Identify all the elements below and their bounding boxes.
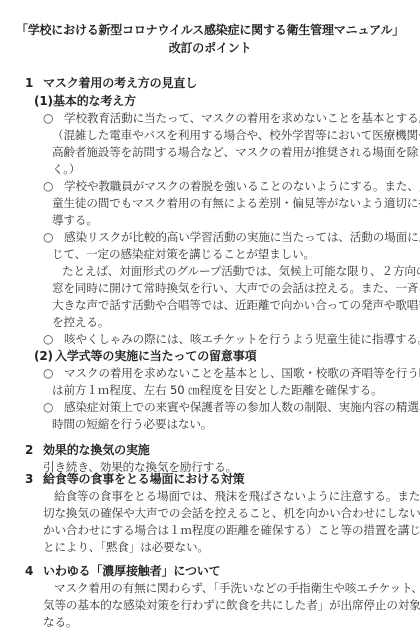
bullet-line: 童生徒の間でもマスク着用の有無による差別・偏見等がないよう適切に指 <box>52 195 394 211</box>
bullet-line: 感染症対策上での来賓や保護者等の参加人数の制限、実施内容の精選、 <box>64 399 394 415</box>
bullet-marker: ○ <box>43 110 53 126</box>
bullet-line: じて、一定の感染症対策を講じることが望ましい。 <box>52 246 315 262</box>
section-2-heading: 効果的な換気の実施 <box>43 442 150 458</box>
section-4-number: 4 <box>25 563 33 579</box>
bullet-marker: ○ <box>43 229 53 245</box>
subsection-1-1-number: (1) <box>34 93 53 109</box>
subsection-1-1-heading: 基本的な考え方 <box>53 93 136 109</box>
bullet-line: （混雑した電車やバスを利用する場合や、校外学習等において医療機関や <box>52 127 394 143</box>
section-3-heading: 給食等の食事をとる場面における対策 <box>43 471 244 487</box>
bullet-line: 学校や教職員がマスクの着脱を強いることのないようにする。また、児 <box>64 178 394 194</box>
document-page: 「学校における新型コロナウイルス感染症に関する衛生管理マニュアル」 改訂のポイン… <box>0 0 420 638</box>
bullet-line: を控える。 <box>52 314 109 330</box>
section-3-body-line: 給食等の食事をとる場面では、飛沫を飛ばさないように注意する。また、適 <box>54 488 396 504</box>
bullet-line: 窓を同時に開けて常時換気を行い、大声での会話は控える。また、一斉に <box>52 280 394 296</box>
section-2-number: 2 <box>25 442 33 458</box>
bullet-line: マスクの着用を求めないことを基本とし、国歌・校歌の斉唱等を行う時 <box>64 365 394 381</box>
bullet-marker: ○ <box>43 399 53 415</box>
bullet-line: 咳やくしゃみの際には、咳エチケットを行うよう児童生徒に指導する。 <box>64 331 394 347</box>
section-3-body-line: とにより、「黙食」は必要ない。 <box>43 539 209 555</box>
section-4-heading: いわゆる「濃厚接触者」について <box>43 563 221 579</box>
section-4-body-line: なる。 <box>43 614 77 630</box>
bullet-line: たとえば、対面形式のグループ活動では、気候上可能な限り、２方向の <box>62 263 394 279</box>
section-3-number: 3 <box>25 471 33 487</box>
subsection-1-2-number: (2) <box>34 348 53 364</box>
document-subtitle: 改訂のポイント <box>0 40 420 56</box>
bullet-line: 導する。 <box>52 212 98 228</box>
bullet-line: は前方１ｍ程度、左右 50 ㎝程度を目安とした距離を確保する。 <box>52 382 383 398</box>
section-4-body-line: マスク着用の有無に関わらず、「手洗いなどの手指衛生や咳エチケット、換 <box>54 580 396 596</box>
bullet-line: 大きな声で話す活動や合唱等では、近距離で向かい合っての発声や歌唱等 <box>52 297 394 313</box>
section-1-heading: マスク着用の考え方の見直し <box>43 75 197 91</box>
section-4-body-line: 気等の基本的な感染対策を行わずに飲食を共にした者」が出席停止の対象と <box>43 597 396 613</box>
bullet-marker: ○ <box>43 365 53 381</box>
subsection-1-2-heading: 入学式等の実施に当たっての留意事項 <box>55 348 256 364</box>
document-title: 「学校における新型コロナウイルス感染症に関する衛生管理マニュアル」 <box>0 22 420 38</box>
section-3-body-line: かい合わせにする場合は１ｍ程度の距離を確保する）こと等の措置を講じるこ <box>43 522 396 538</box>
bullet-line: 学校教育活動に当たって、マスクの着用を求めないことを基本とする。 <box>64 110 394 126</box>
bullet-line: 時間の短縮を行う必要はない。 <box>52 416 212 432</box>
bullet-line: 感染リスクが比較的高い学習活動の実施に当たっては、活動の場面に応 <box>64 229 394 245</box>
bullet-marker: ○ <box>43 331 53 347</box>
section-3-body-line: 切な換気の確保や大声での会話を控えること、机を向かい合わせにしない（向 <box>43 505 396 521</box>
section-1-number: 1 <box>25 75 33 91</box>
bullet-marker: ○ <box>43 178 53 194</box>
bullet-line: 高齢者施設等を訪問する場合など、マスクの着用が推奨される場面を除 <box>52 144 394 160</box>
bullet-line: く。） <box>52 161 80 177</box>
